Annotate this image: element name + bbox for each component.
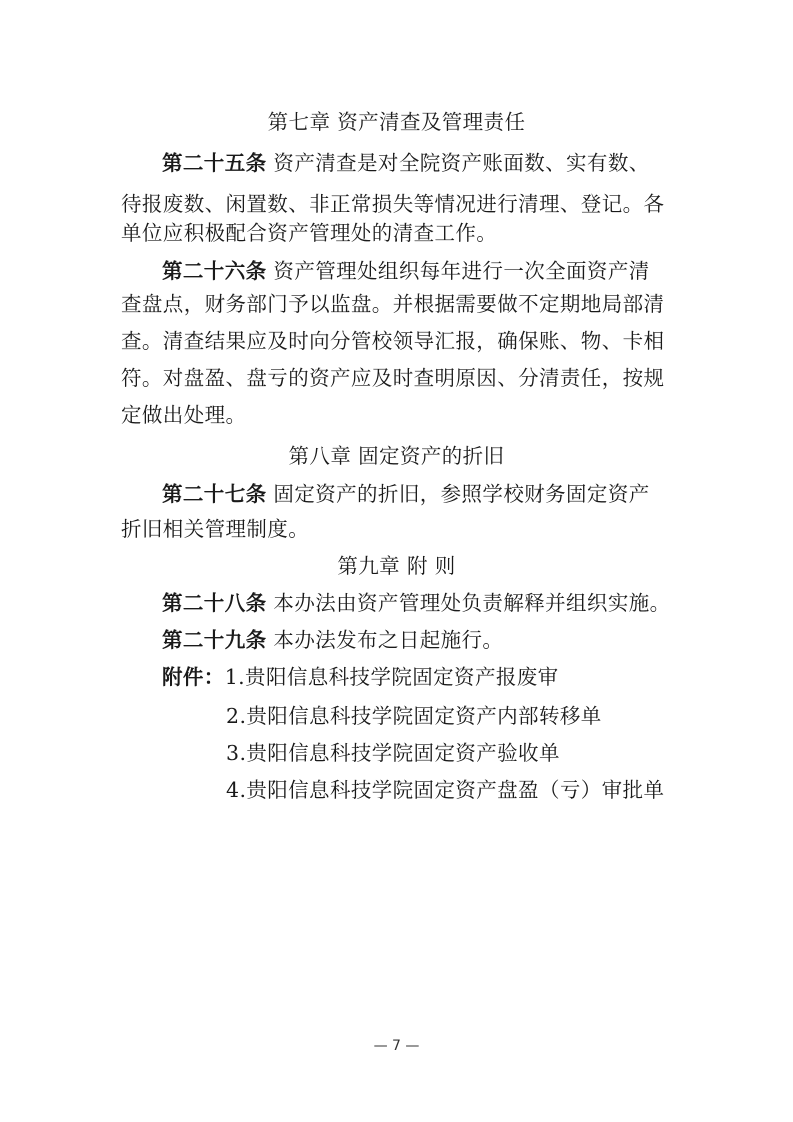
article-25-line: 单位应积极配合资产管理处的清查工作。 bbox=[121, 219, 497, 247]
article-28-line: 第二十八条 本办法由资产管理处负责解释并组织实施。 bbox=[162, 589, 671, 617]
chapter-9-heading: 第九章 附 则 bbox=[0, 552, 793, 580]
attachment-item: 1.贵阳信息科技学院固定资产报废审 bbox=[225, 665, 559, 689]
article-29-text: 本办法发布之日起施行。 bbox=[273, 628, 503, 652]
article-25-label: 第二十五条 bbox=[162, 151, 267, 175]
article-25-first-line: 第二十五条 资产清查是对全院资产账面数、实有数、 bbox=[162, 149, 650, 177]
article-27-line: 折旧相关管理制度。 bbox=[121, 515, 309, 543]
attachment-line-1: 附件：1.贵阳信息科技学院固定资产报废审 bbox=[162, 663, 559, 691]
attachment-item: 2.贵阳信息科技学院固定资产内部转移单 bbox=[226, 702, 602, 730]
article-29-label: 第二十九条 bbox=[162, 628, 267, 652]
article-27-label: 第二十七条 bbox=[162, 482, 267, 506]
article-26-line: 查。清查结果应及时向分管校领导汇报，确保账、物、卡相 bbox=[121, 327, 664, 355]
article-26-label: 第二十六条 bbox=[162, 259, 267, 283]
article-27-text: 固定资产的折旧，参照学校财务固定资产 bbox=[273, 482, 649, 506]
article-29-line: 第二十九条 本办法发布之日起施行。 bbox=[162, 626, 503, 654]
article-25-text: 资产清查是对全院资产账面数、实有数、 bbox=[273, 151, 649, 175]
article-26-line: 查盘点，财务部门予以监盘。并根据需要做不定期地局部清 bbox=[121, 290, 664, 318]
article-26-first-line: 第二十六条 资产管理处组织每年进行一次全面资产清 bbox=[162, 257, 650, 285]
page-number: — 7 — bbox=[0, 1038, 793, 1054]
article-26-line: 符。对盘盈、盘亏的资产应及时查明原因、分清责任，按规 bbox=[121, 364, 664, 392]
attachments-label: 附件： bbox=[162, 665, 225, 689]
attachment-item: 4.贵阳信息科技学院固定资产盘盈（亏）审批单 bbox=[226, 776, 664, 804]
chapter-7-heading: 第七章 资产清查及管理责任 bbox=[0, 108, 793, 136]
article-26-text: 资产管理处组织每年进行一次全面资产清 bbox=[273, 259, 649, 283]
document-page: 第七章 资产清查及管理责任 第二十五条 资产清查是对全院资产账面数、实有数、 待… bbox=[0, 0, 793, 1122]
article-27-first-line: 第二十七条 固定资产的折旧，参照学校财务固定资产 bbox=[162, 480, 650, 508]
chapter-8-heading: 第八章 固定资产的折旧 bbox=[0, 442, 793, 470]
attachment-item: 3.贵阳信息科技学院固定资产验收单 bbox=[226, 739, 560, 767]
article-26-line: 定做出处理。 bbox=[121, 401, 246, 429]
article-28-label: 第二十八条 bbox=[162, 591, 267, 615]
article-25-line: 待报废数、闲置数、非正常损失等情况进行清理、登记。各 bbox=[121, 190, 664, 218]
article-28-text: 本办法由资产管理处负责解释并组织实施。 bbox=[273, 591, 670, 615]
